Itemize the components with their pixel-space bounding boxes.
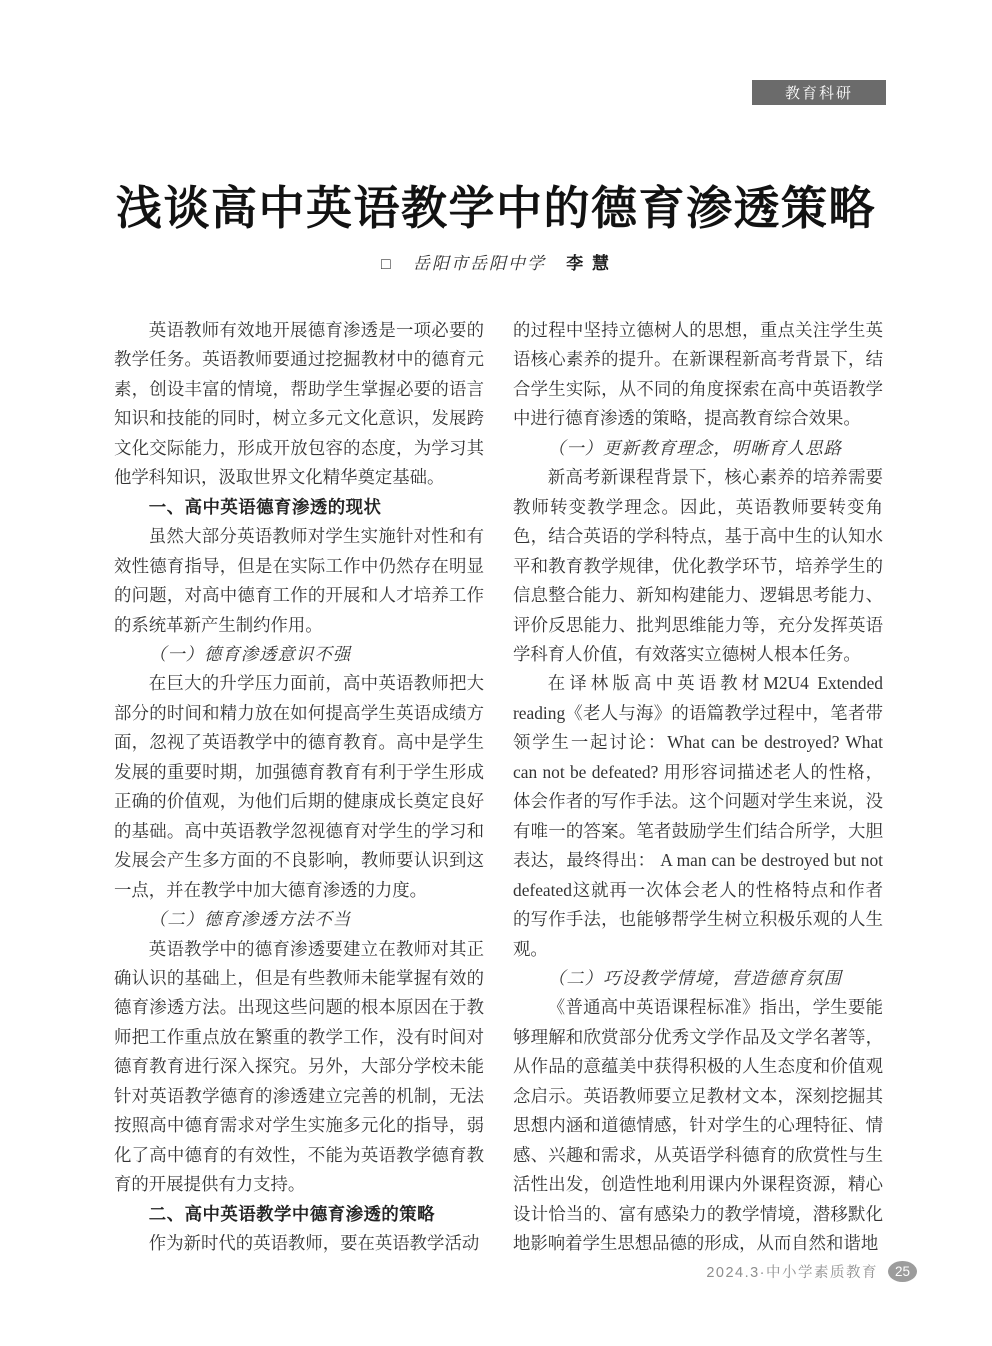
body-paragraph: 《普通高中英语课程标准》指出，学生要能够理解和欣赏部分优秀文学作品及文学名著等，… xyxy=(513,993,883,1258)
body-paragraph: 在译林版高中英语教材M2U4 Extended reading《老人与海》的语篇… xyxy=(513,669,883,964)
left-column: 英语教师有效地开展德育渗透是一项必要的教学任务。英语教师要通过挖掘教材中的德育元… xyxy=(114,316,484,1259)
sub-heading: （二）巧设教学情境，营造德育氛围 xyxy=(513,964,883,993)
body-paragraph: 英语教师有效地开展德育渗透是一项必要的教学任务。英语教师要通过挖掘教材中的德育元… xyxy=(114,316,484,493)
body-paragraph: 英语教学中的德育渗透要建立在教师对其正确认识的基础上，但是有些教师未能掌握有效的… xyxy=(114,935,484,1200)
body-paragraph: 在巨大的升学压力面前，高中英语教师把大部分的时间和精力放在如何提高学生英语成绩方… xyxy=(114,669,484,905)
article-title: 浅谈高中英语教学中的德育渗透策略 xyxy=(0,183,992,233)
article-body: 英语教师有效地开展德育渗透是一项必要的教学任务。英语教师要通过挖掘教材中的德育元… xyxy=(114,316,883,1259)
author-affiliation: 岳阳市岳阳中学 xyxy=(413,254,546,273)
sub-heading: （一）更新教育理念，明晰育人思路 xyxy=(513,434,883,463)
page-number-badge: 25 xyxy=(888,1261,917,1282)
magazine-page: 教育科研 浅谈高中英语教学中的德育渗透策略 □ 岳阳市岳阳中学 李 慧 英语教师… xyxy=(0,0,992,1346)
body-paragraph: 虽然大部分英语教师对学生实施针对性和有效性德育指导，但是在实际工作中仍然存在明显… xyxy=(114,522,484,640)
square-icon: □ xyxy=(381,256,391,274)
section-badge: 教育科研 xyxy=(752,80,886,105)
right-column: 的过程中坚持立德树人的思想，重点关注学生英语核心素养的提升。在新课程新高考背景下… xyxy=(513,316,883,1259)
journal-info: 2024.3·中小学素质教育 xyxy=(706,1261,878,1282)
body-paragraph: 作为新时代的英语教师，要在英语教学活动 xyxy=(114,1229,484,1258)
sub-heading: （二）德育渗透方法不当 xyxy=(114,905,484,934)
author-name: 李 慧 xyxy=(566,254,611,273)
section-heading: 一、高中英语德育渗透的现状 xyxy=(114,493,484,522)
body-paragraph: 新高考新课程背景下，核心素养的培养需要教师转变教学理念。因此，英语教师要转变角色… xyxy=(513,463,883,669)
section-heading: 二、高中英语教学中德育渗透的策略 xyxy=(114,1200,484,1229)
page-footer: 2024.3·中小学素质教育 25 xyxy=(706,1261,917,1282)
author-line: □ 岳阳市岳阳中学 李 慧 xyxy=(0,249,992,274)
sub-heading: （一）德育渗透意识不强 xyxy=(114,640,484,669)
body-paragraph: 的过程中坚持立德树人的思想，重点关注学生英语核心素养的提升。在新课程新高考背景下… xyxy=(513,316,883,434)
